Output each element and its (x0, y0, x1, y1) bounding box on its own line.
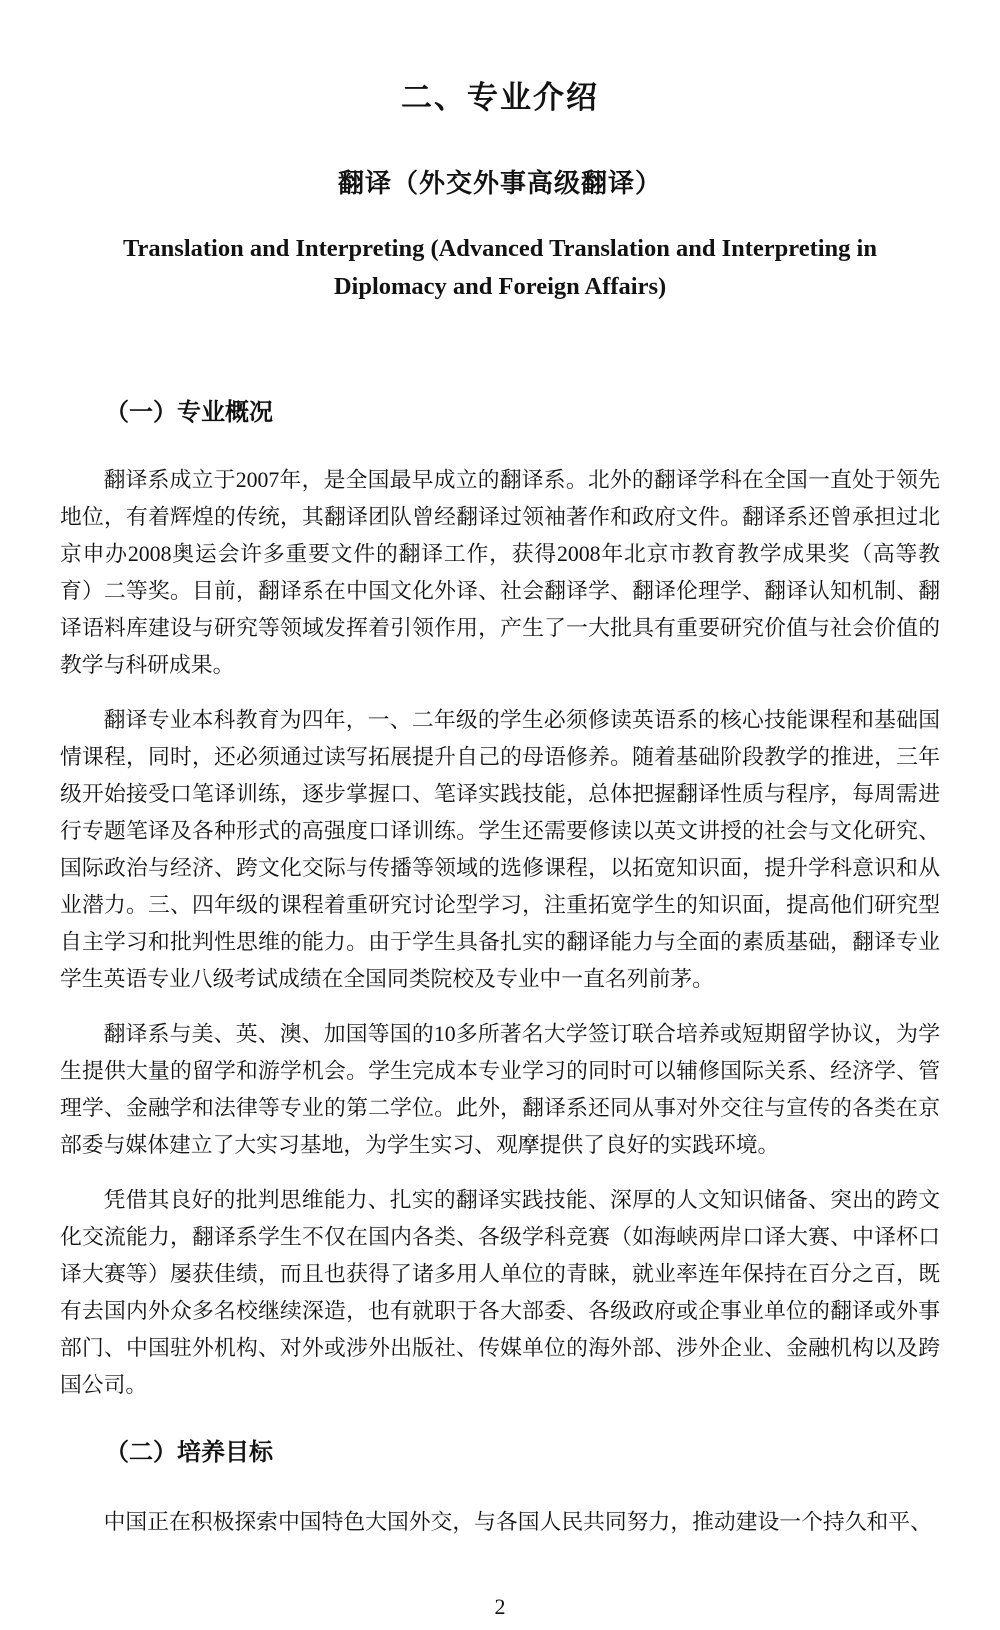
section-heading-overview: （一）专业概况 (105, 398, 940, 428)
overview-paragraph-2: 翻译专业本科教育为四年，一、二年级的学生必须修读英语系的核心技能课程和基础国情课… (60, 702, 940, 998)
document-body: （一）专业概况 翻译系成立于2007年，是全国最早成立的翻译系。北外的翻译学科在… (0, 398, 1000, 1541)
document-page: 二、专业介绍 翻译（外交外事高级翻译） Translation and Inte… (0, 0, 1000, 1630)
chapter-title: 二、专业介绍 (0, 0, 1000, 118)
objectives-paragraph-1: 中国正在积极探索中国特色大国外交，与各国人民共同努力，推动建设一个持久和平、 (60, 1504, 940, 1541)
section-heading-objectives: （二）培养目标 (105, 1438, 940, 1468)
overview-paragraph-4: 凭借其良好的批判思维能力、扎实的翻译实践技能、深厚的人文知识储备、突出的跨文化交… (60, 1182, 940, 1404)
page-number: 2 (0, 1594, 1000, 1620)
program-title-en: Translation and Interpreting (Advanced T… (85, 230, 915, 306)
overview-paragraph-3: 翻译系与美、英、澳、加国等国的10多所著名大学签订联合培养或短期留学协议，为学生… (60, 1016, 940, 1164)
program-title-zh: 翻译（外交外事高级翻译） (0, 166, 1000, 200)
overview-paragraph-1: 翻译系成立于2007年，是全国最早成立的翻译系。北外的翻译学科在全国一直处于领先… (60, 462, 940, 684)
